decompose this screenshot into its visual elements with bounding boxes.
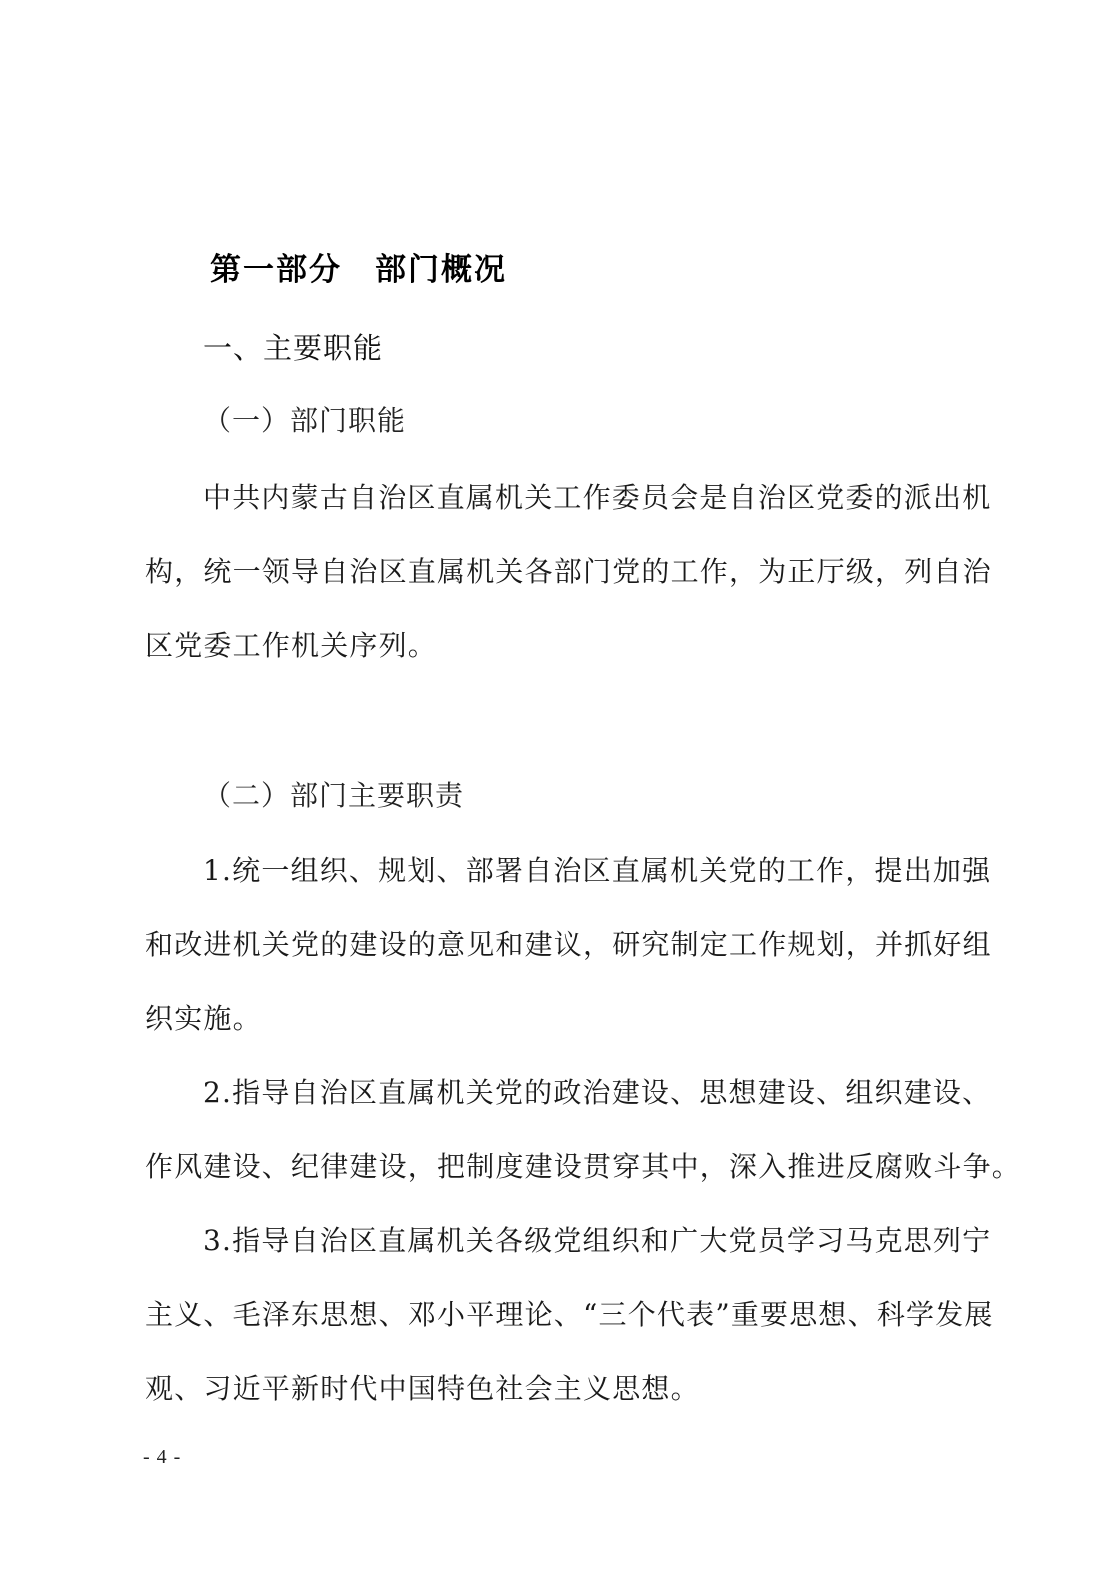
duty-item-1-line: 1.统一组织、规划、部署自治区直属机关党的工作，提出加强 [203, 853, 991, 889]
duty-item-1-line: 和改进机关党的建设的意见和建议，研究制定工作规划，并抓好组 [145, 927, 992, 963]
subsection-heading-department-functions: （一）部门职能 [203, 403, 406, 439]
subsection-heading-main-duties: （二）部门主要职责 [203, 778, 464, 814]
duty-item-3-line: 主义、毛泽东思想、邓小平理论、“三个代表”重要思想、科学发展 [145, 1297, 994, 1333]
document-page: 第一部分 部门概况 一、主要职能 （一）部门职能 中共内蒙古自治区直属机关工作委… [0, 0, 1110, 1569]
duty-item-3-line: 观、习近平新时代中国特色社会主义思想。 [145, 1371, 700, 1407]
section-heading-main-functions: 一、主要职能 [203, 330, 383, 366]
page-number: - 4 - [143, 1446, 181, 1469]
duty-item-2-line: 作风建设、纪律建设，把制度建设贯穿其中，深入推进反腐败斗争。 [145, 1149, 1021, 1185]
part-title: 第一部分 部门概况 [210, 252, 507, 288]
paragraph-line: 中共内蒙古自治区直属机关工作委员会是自治区党委的派出机 [203, 480, 991, 516]
paragraph-line: 区党委工作机关序列。 [145, 628, 437, 664]
duty-item-2-line: 2.指导自治区直属机关党的政治建设、思想建设、组织建设、 [203, 1075, 991, 1111]
duty-item-3-line: 3.指导自治区直属机关各级党组织和广大党员学习马克思列宁 [203, 1223, 991, 1259]
paragraph-line: 构，统一领导自治区直属机关各部门党的工作，为正厅级，列自治 [145, 554, 992, 590]
duty-item-1-line: 织实施。 [145, 1001, 262, 1037]
